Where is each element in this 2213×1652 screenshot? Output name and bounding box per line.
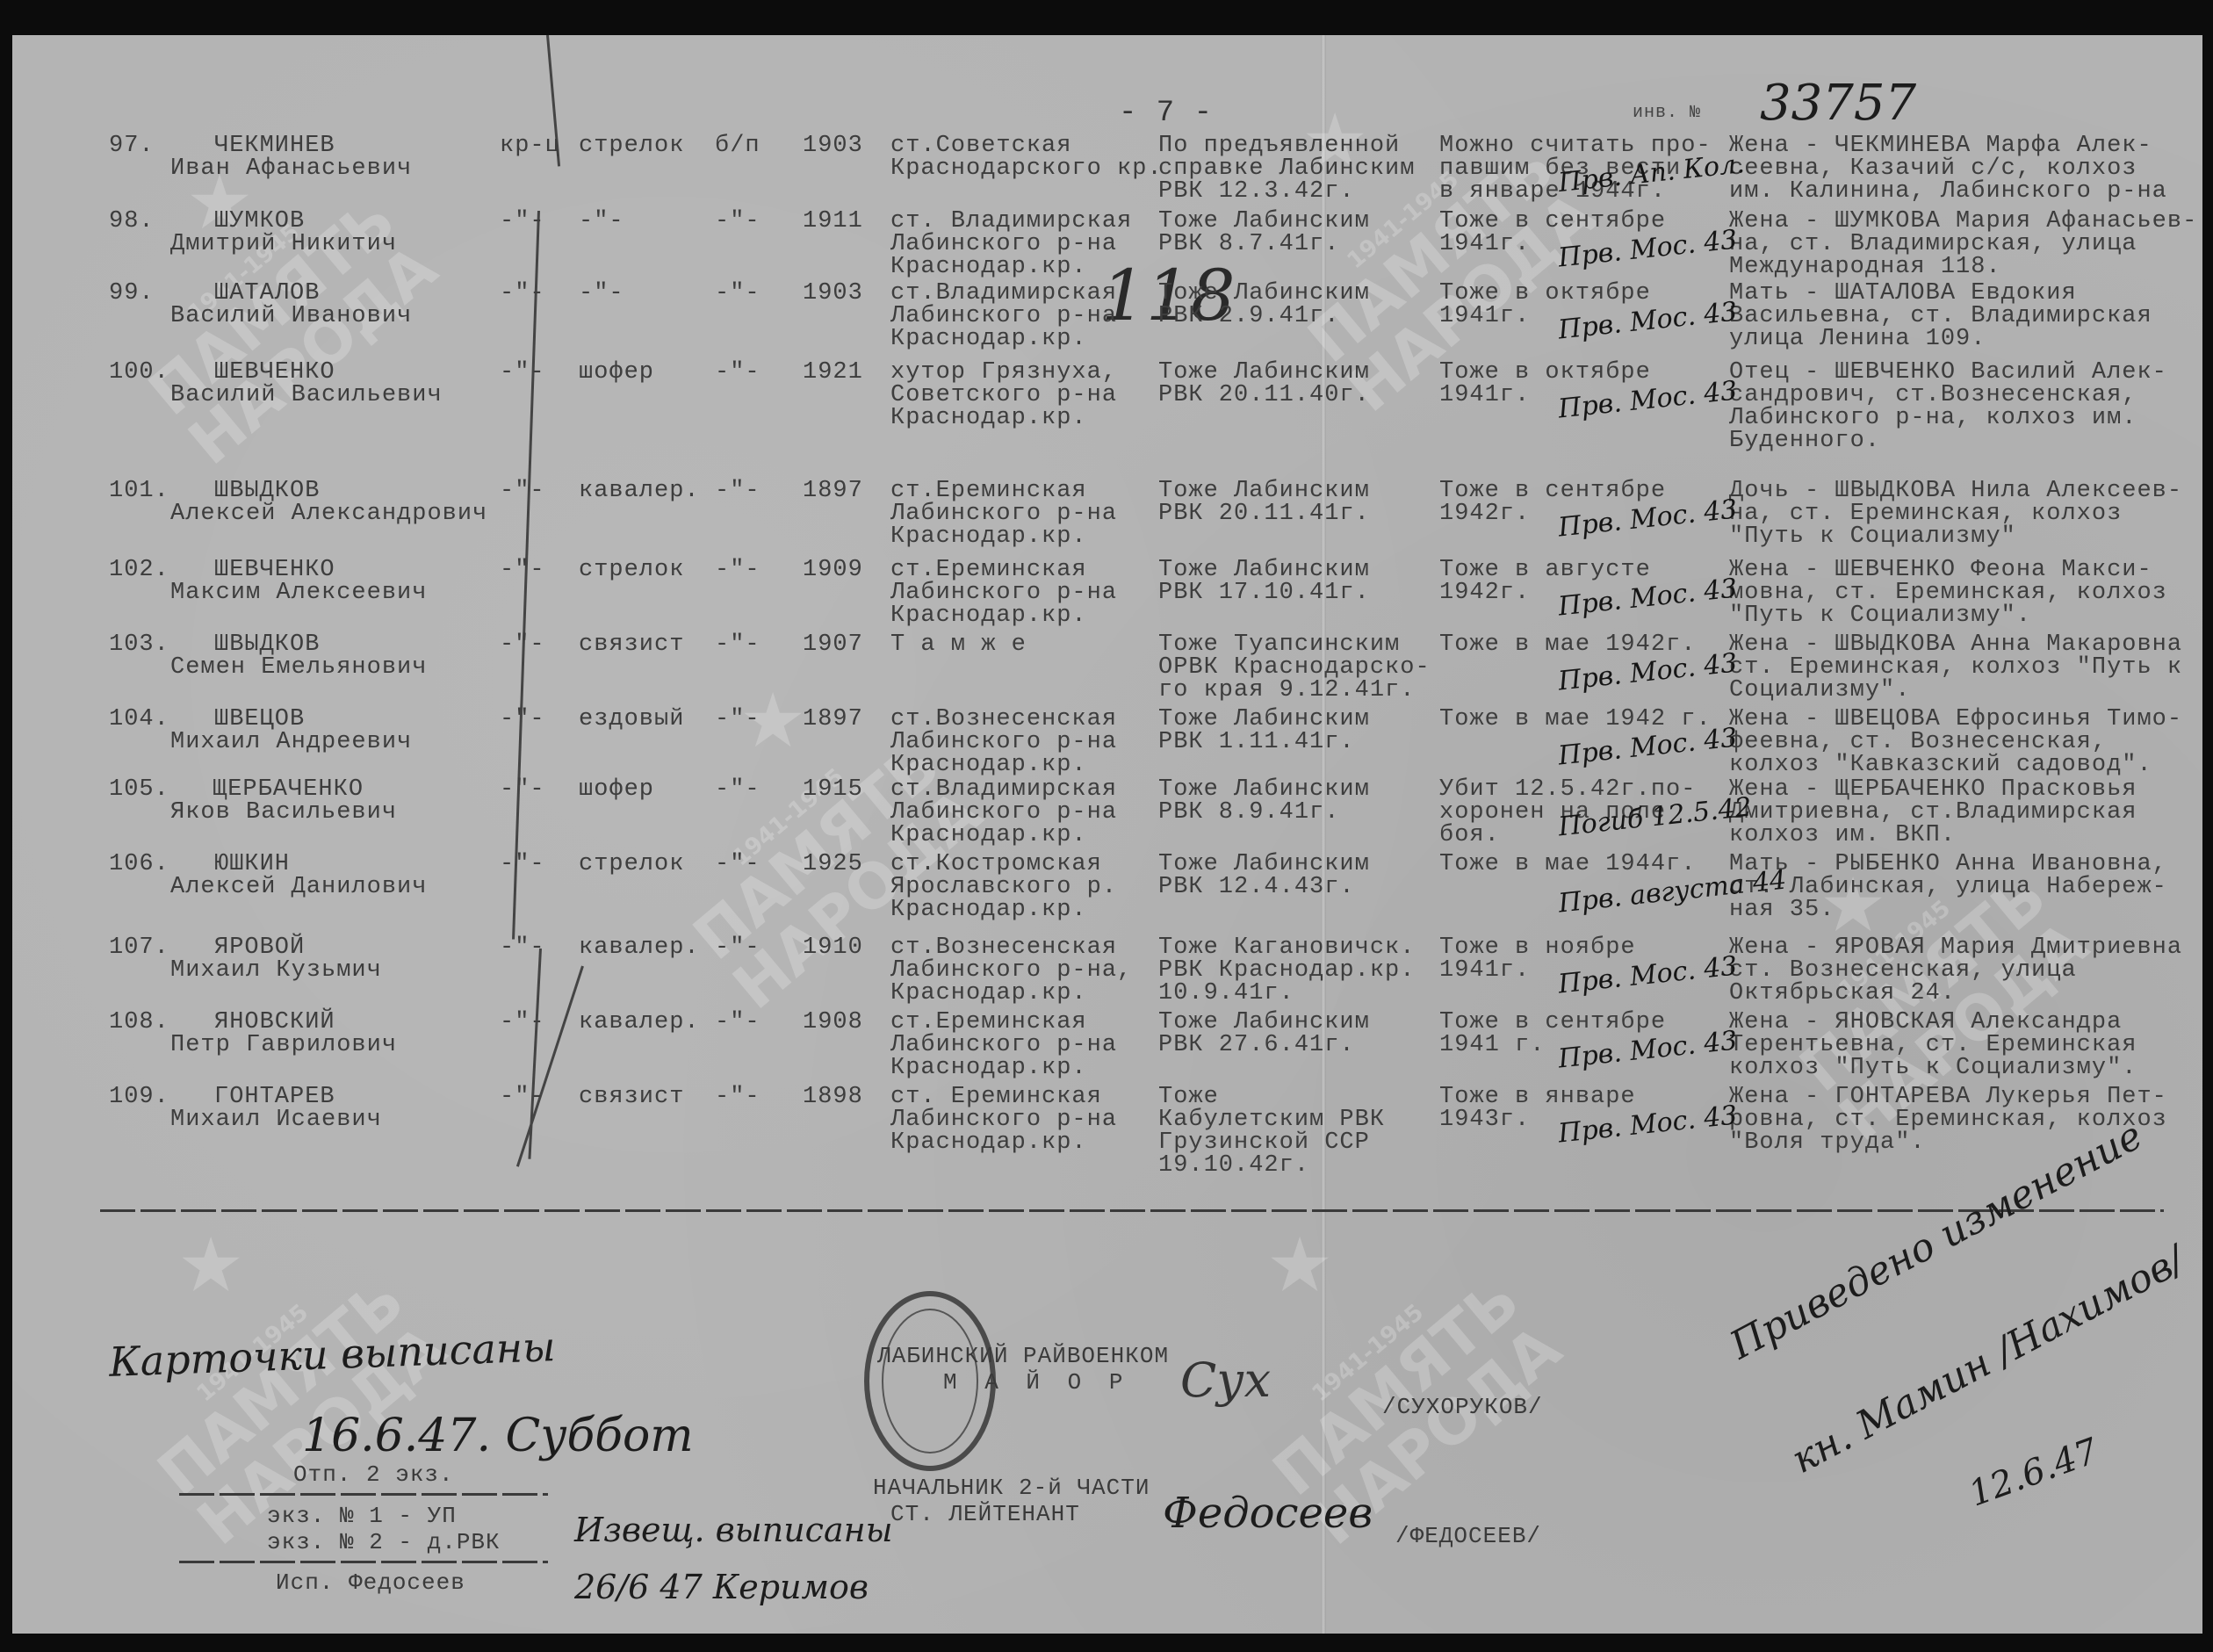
- specialty: -"-: [579, 209, 624, 234]
- birthplace-line: ст.Вознесенская: [890, 935, 1117, 960]
- rank: -"-: [500, 632, 545, 657]
- archive-label: инв. №: [1633, 101, 1701, 126]
- conscription-line: РВК 12.4.43г.: [1158, 875, 1355, 899]
- next-of-kin-line: Жена - ШУМКОВА Мария Афанасьев-: [1729, 209, 2197, 234]
- conscription-line: 10.9.41г.: [1158, 981, 1294, 1006]
- conscription-line: РВК 20.11.40г.: [1158, 383, 1370, 408]
- conscription-line: Тоже Лабинским: [1158, 1010, 1370, 1035]
- specialty-note: -"-: [715, 558, 760, 582]
- next-of-kin-line: улица Ленина 109.: [1729, 327, 1986, 351]
- row-number: 101.: [109, 479, 169, 503]
- fate-line: Тоже в мае 1942 г.: [1439, 707, 1712, 732]
- fate-line: 1941г.: [1439, 958, 1530, 983]
- birthplace-line: Т а м ж е: [890, 632, 1027, 657]
- row-number: 100.: [109, 360, 169, 385]
- birth-year: 1897: [803, 707, 863, 732]
- soldier-given-names: Михаил Кузьмич: [170, 958, 382, 983]
- rank: -"-: [500, 360, 545, 385]
- rank: -"-: [500, 935, 545, 960]
- check-mark-icon: [516, 966, 584, 1167]
- specialty-note: -"-: [715, 479, 760, 503]
- rank: -"-: [500, 777, 545, 802]
- soldier-given-names: Петр Гаврилович: [170, 1033, 397, 1057]
- conscription-line: По предъявленной: [1158, 133, 1400, 158]
- birthplace-line: Лабинского р-на,: [890, 958, 1132, 983]
- conscription-line: Тоже Лабинским: [1158, 360, 1370, 385]
- birthplace-line: Краснодарского кр.: [890, 156, 1163, 181]
- soldier-given-names: Михаил Исаевич: [170, 1107, 382, 1132]
- next-of-kin-line: Отец - ШЕВЧЕНКО Василий Алек-: [1729, 360, 2167, 385]
- row-number: 106.: [109, 852, 169, 876]
- specialty-note: -"-: [715, 777, 760, 802]
- birth-year: 1910: [803, 935, 863, 960]
- conscription-line: РВК 20.11.41г.: [1158, 501, 1370, 526]
- next-of-kin-line: Буденного.: [1729, 429, 1880, 453]
- next-of-kin-line: Мать - РЫБЕНКО Анна Ивановна,: [1729, 852, 2167, 876]
- copies-rule-top: [179, 1493, 548, 1496]
- stamp-rank: М А Й О Р: [943, 1370, 1129, 1395]
- conscription-line: Тоже: [1158, 1085, 1219, 1109]
- specialty: стрелок: [579, 133, 684, 158]
- next-of-kin-line: Терентьевна, ст. Ереминская: [1729, 1033, 2137, 1057]
- conscription-line: РВК 2.9.41г.: [1158, 304, 1339, 328]
- birthplace-line: ст.Владимирская: [890, 281, 1117, 306]
- next-of-kin-line: ная 35.: [1729, 898, 1835, 922]
- fate-line: Тоже в ноябре: [1439, 935, 1636, 960]
- next-of-kin-line: Мать - ШАТАЛОВА Евдокия: [1729, 281, 2077, 306]
- specialty: стрелок: [579, 852, 684, 876]
- fate-line: Тоже в октябре: [1439, 360, 1651, 385]
- next-of-kin-line: Дмитриевна, ст.Владимирская: [1729, 800, 2137, 825]
- chief-title: НАЧАЛЬНИК 2-й ЧАСТИ: [873, 1475, 1150, 1500]
- rank: -"-: [500, 852, 545, 876]
- soldier-surname: ШВЫДКОВ: [214, 632, 320, 657]
- rank: кр-ц: [500, 133, 560, 158]
- conscription-line: Тоже Кагановичск.: [1158, 935, 1415, 960]
- specialty: кавалер.: [579, 1010, 700, 1035]
- conscription-line: Тоже Лабинским: [1158, 209, 1370, 234]
- commissar-name: /СУХОРУКОВ/: [1382, 1395, 1543, 1419]
- specialty: стрелок: [579, 558, 684, 582]
- birthplace-line: ст.Вознесенская: [890, 707, 1117, 732]
- signature-chief: Федосеев: [1163, 1489, 1373, 1538]
- birthplace-line: Краснодар.кр.: [890, 255, 1087, 279]
- row-number: 107.: [109, 935, 169, 960]
- soldier-given-names: Иван Афанасьевич: [170, 156, 412, 181]
- soldier-surname: ШЕВЧЕНКО: [214, 558, 335, 582]
- conscription-line: РВК Краснодар.кр.: [1158, 958, 1415, 983]
- next-of-kin-line: Жена - ШЕВЧЕНКО Феона Макси-: [1729, 558, 2152, 582]
- soldier-surname: ШВЫДКОВ: [214, 479, 320, 503]
- next-of-kin-line: мовна, ст. Ереминская, колхоз: [1729, 581, 2167, 605]
- table-bottom-rule: [100, 1209, 2164, 1212]
- next-of-kin-line: "Путь к Социализму": [1729, 524, 2016, 549]
- conscription-line: ОРВК Краснодарско-: [1158, 655, 1431, 680]
- fate-line: Тоже в августе: [1439, 558, 1651, 582]
- rank: -"-: [500, 209, 545, 234]
- next-of-kin-line: Дочь - ШВЫДКОВА Нила Алексеев-: [1729, 479, 2182, 503]
- watermark-star-icon: ★: [1268, 1212, 1331, 1317]
- specialty-note: б/п: [715, 133, 760, 158]
- birth-year: 1903: [803, 281, 863, 306]
- soldier-surname: ШАТАЛОВ: [214, 281, 320, 306]
- conscription-line: РВК 27.6.41г.: [1158, 1033, 1355, 1057]
- soldier-surname: ЯНОВСКИЙ: [214, 1010, 335, 1035]
- birthplace-line: Лабинского р-на: [890, 1033, 1117, 1057]
- copies-line-1: экз. № 1 - УП: [267, 1504, 457, 1528]
- conscription-line: РВК 1.11.41г.: [1158, 730, 1355, 754]
- signature-commissar: Сух: [1180, 1353, 1271, 1408]
- soldier-given-names: Максим Алексеевич: [170, 581, 427, 605]
- next-of-kin-line: колхоз им. ВКП.: [1729, 823, 1956, 848]
- birthplace-line: Краснодар.кр.: [890, 1130, 1087, 1155]
- specialty: кавалер.: [579, 935, 700, 960]
- soldier-given-names: Яков Васильевич: [170, 800, 397, 825]
- row-number: 99.: [109, 281, 155, 306]
- birthplace-line: Краснодар.кр.: [890, 753, 1087, 777]
- birthplace-line: Краснодар.кр.: [890, 898, 1087, 922]
- conscription-line: РВК 17.10.41г.: [1158, 581, 1370, 605]
- chief-rank: СТ. ЛЕЙТЕНАНТ: [890, 1502, 1080, 1526]
- birthplace-line: Советского р-на: [890, 383, 1117, 408]
- fate-line: Тоже в мае 1944г.: [1439, 852, 1696, 876]
- copies-rule-bottom: [179, 1561, 548, 1563]
- next-of-kin-line: колхоз "Путь к Социализму".: [1729, 1056, 2137, 1080]
- rank: -"-: [500, 479, 545, 503]
- handwritten-note-notices: Извещ. выписаны: [574, 1511, 893, 1549]
- birth-year: 1925: [803, 852, 863, 876]
- specialty: шофер: [579, 777, 654, 802]
- fate-line: Тоже в сентябре: [1439, 1010, 1666, 1035]
- conscription-line: Кабулетским РВК: [1158, 1107, 1385, 1132]
- rank: -"-: [500, 707, 545, 732]
- soldier-surname: ЮШКИН: [214, 852, 290, 876]
- birth-year: 1908: [803, 1010, 863, 1035]
- specialty-note: -"-: [715, 707, 760, 732]
- fate-line: Можно считать про-: [1439, 133, 1712, 158]
- conscription-line: Грузинской ССР: [1158, 1130, 1370, 1155]
- birthplace-line: Лабинского р-на: [890, 232, 1117, 256]
- row-number: 97.: [109, 133, 155, 158]
- handwritten-date-notices: 26/6 47 Керимов: [574, 1568, 869, 1606]
- next-of-kin-line: сандрович, ст.Вознесенская,: [1729, 383, 2137, 408]
- birthplace-line: Краснодар.кр.: [890, 524, 1087, 549]
- soldier-given-names: Дмитрий Никитич: [170, 232, 397, 256]
- specialty-note: -"-: [715, 1085, 760, 1109]
- rank: -"-: [500, 1010, 545, 1035]
- fate-line: 1941 г.: [1439, 1033, 1545, 1057]
- conscription-line: Тоже Лабинским: [1158, 479, 1370, 503]
- next-of-kin-line: Жена - ЯРОВАЯ Мария Дмитриевна: [1729, 935, 2182, 960]
- next-of-kin-line: Жена - ЧЕКМИНЕВА Марфа Алек-: [1729, 133, 2152, 158]
- fate-line: 1942г.: [1439, 581, 1530, 605]
- conscription-line: РВК 8.7.41г.: [1158, 232, 1339, 256]
- fate-line: 1941г.: [1439, 304, 1530, 328]
- soldier-given-names: Михаил Андреевич: [170, 730, 412, 754]
- conscription-line: Тоже Лабинским: [1158, 281, 1370, 306]
- birthplace-line: ст.Костромская: [890, 852, 1102, 876]
- next-of-kin-line: "Путь к Социализму".: [1729, 603, 2031, 628]
- next-of-kin-line: ст. Вознесенская, улица: [1729, 958, 2077, 983]
- conscription-line: РВК 8.9.41г.: [1158, 800, 1339, 825]
- watermark-star-icon: ★: [179, 1212, 242, 1317]
- soldier-given-names: Василий Иванович: [170, 304, 412, 328]
- specialty: ездовый: [579, 707, 684, 732]
- rank: -"-: [500, 1085, 545, 1109]
- birthplace-line: Лабинского р-на: [890, 1107, 1117, 1132]
- copies-line-2: экз. № 2 - д.РВК: [267, 1530, 501, 1555]
- birthplace-line: Краснодар.кр.: [890, 823, 1087, 848]
- birthplace-line: ст.Владимирская: [890, 777, 1117, 802]
- handwritten-note-cards: Карточки выписаны: [108, 1323, 556, 1386]
- conscription-line: Тоже Лабинским: [1158, 777, 1370, 802]
- next-of-kin-line: Жена - ГОНТАРЕВА Лукерья Пет-: [1729, 1085, 2167, 1109]
- rank: -"-: [500, 281, 545, 306]
- chief-name: /ФЕДОСЕЕВ/: [1395, 1524, 1541, 1548]
- fate-line: Тоже в сентябре: [1439, 209, 1666, 234]
- birthplace-line: Лабинского р-на: [890, 501, 1117, 526]
- birth-year: 1903: [803, 133, 863, 158]
- birthplace-line: ст. Ереминская: [890, 1085, 1102, 1109]
- executor: Исп. Федосеев: [276, 1570, 465, 1595]
- next-of-kin-line: ст. Ереминская, колхоз "Путь к: [1729, 655, 2182, 680]
- fate-line: Тоже в январе: [1439, 1085, 1636, 1109]
- birthplace-line: Краснодар.кр.: [890, 406, 1087, 430]
- row-number: 105.: [109, 777, 169, 802]
- birthplace-line: ст.Ереминская: [890, 558, 1087, 582]
- birthplace-line: ст.Советская: [890, 133, 1071, 158]
- conscription-line: Тоже Туапсинским: [1158, 632, 1400, 657]
- next-of-kin-line: Васильевна, ст. Владимирская: [1729, 304, 2152, 328]
- birthplace-line: хутор Грязнуха,: [890, 360, 1117, 385]
- conscription-line: Тоже Лабинским: [1158, 707, 1370, 732]
- birthplace-line: Краснодар.кр.: [890, 1056, 1087, 1080]
- specialty: связист: [579, 632, 684, 657]
- conscription-line: Тоже Лабинским: [1158, 558, 1370, 582]
- conscription-line: го края 9.12.41г.: [1158, 678, 1415, 703]
- fate-line: 1941г.: [1439, 232, 1530, 256]
- birthplace-line: Краснодар.кр.: [890, 981, 1087, 1006]
- fate-line: боя.: [1439, 823, 1500, 848]
- soldier-surname: ЩЕРБАЧЕНКО: [213, 777, 364, 802]
- next-of-kin-line: колхоз "Кавказский садовод".: [1729, 753, 2152, 777]
- handwritten-date-cards: 16.6.47. Суббот: [302, 1410, 694, 1462]
- specialty: -"-: [579, 281, 624, 306]
- next-of-kin-line: Жена - ШВЫДКОВА Анна Макаровна: [1729, 632, 2182, 657]
- next-of-kin-line: сеевна, Казачий с/с, колхоз: [1729, 156, 2137, 181]
- birth-year: 1911: [803, 209, 863, 234]
- next-of-kin-line: Лабинского р-на, колхоз им.: [1729, 406, 2137, 430]
- specialty: связист: [579, 1085, 684, 1109]
- soldier-surname: ГОНТАРЕВ: [214, 1085, 335, 1109]
- specialty-note: -"-: [715, 209, 760, 234]
- next-of-kin-line: Жена - ШВЕЦОВА Ефросинья Тимо-: [1729, 707, 2182, 732]
- birth-year: 1921: [803, 360, 863, 385]
- fate-line: Убит 12.5.42г.по-: [1439, 777, 1696, 802]
- next-of-kin-line: Международная 118.: [1729, 255, 2001, 279]
- specialty: шофер: [579, 360, 654, 385]
- copies-header: Отп. 2 экз.: [293, 1462, 454, 1487]
- soldier-given-names: Семен Емельянович: [170, 655, 427, 680]
- row-number: 103.: [109, 632, 169, 657]
- soldier-surname: ШВЕЦОВ: [214, 707, 305, 732]
- soldier-surname: ШУМКОВ: [214, 209, 305, 234]
- birthplace-line: Лабинского р-на: [890, 304, 1117, 328]
- soldier-given-names: Алексей Данилович: [170, 875, 427, 899]
- birthplace-line: ст.Ереминская: [890, 479, 1087, 503]
- archive-number: 33757: [1760, 75, 1916, 132]
- fate-line: 1941г.: [1439, 383, 1530, 408]
- birthplace-line: Лабинского р-на: [890, 730, 1117, 754]
- stamp-title: ЛАБИНСКИЙ РАЙВОЕНКОМ: [877, 1344, 1169, 1368]
- birth-year: 1898: [803, 1085, 863, 1109]
- birth-year: 1915: [803, 777, 863, 802]
- fate-line: 1943г.: [1439, 1107, 1530, 1132]
- birthplace-line: ст.Ереминская: [890, 1010, 1087, 1035]
- next-of-kin-line: Жена - ЯНОВСКАЯ Александра: [1729, 1010, 2122, 1035]
- soldier-surname: ЯРОВОЙ: [214, 935, 305, 960]
- conscription-line: РВК 12.3.42г.: [1158, 179, 1355, 204]
- specialty-note: -"-: [715, 281, 760, 306]
- handwritten-correction-date: 12.6.47: [1964, 1431, 2103, 1514]
- next-of-kin-line: Жена - ЩЕРБАЧЕНКО Прасковья: [1729, 777, 2137, 802]
- fate-line: Тоже в сентябре: [1439, 479, 1666, 503]
- row-number: 109.: [109, 1085, 169, 1109]
- birth-year: 1909: [803, 558, 863, 582]
- next-of-kin-line: ст. Лабинская, улица Набереж-: [1729, 875, 2167, 899]
- fate-line: Тоже в октябре: [1439, 281, 1651, 306]
- birth-year: 1907: [803, 632, 863, 657]
- next-of-kin-line: феевна, ст. Вознесенская,: [1729, 730, 2107, 754]
- rank: -"-: [500, 558, 545, 582]
- page-number: - 7 -: [1119, 101, 1213, 126]
- birthplace-line: Ярославского р.: [890, 875, 1117, 899]
- specialty: кавалер.: [579, 479, 700, 503]
- soldier-surname: ШЕВЧЕНКО: [214, 360, 335, 385]
- next-of-kin-line: Октябрьская 24.: [1729, 981, 1956, 1006]
- row-number: 98.: [109, 209, 155, 234]
- specialty-note: -"-: [715, 852, 760, 876]
- next-of-kin-line: на, ст. Ереминская, колхоз: [1729, 501, 2122, 526]
- document-page: ★ 1941-1945ПАМЯТЬНАРОДА ★ 1941-1945ПАМЯТ…: [12, 35, 2202, 1634]
- next-of-kin-line: "Воля труда".: [1729, 1130, 1926, 1155]
- next-of-kin-line: им. Калинина, Лабинского р-на: [1729, 179, 2167, 204]
- conscription-line: справке Лабинским: [1158, 156, 1415, 181]
- row-number: 104.: [109, 707, 169, 732]
- row-number: 108.: [109, 1010, 169, 1035]
- birthplace-line: Лабинского р-на: [890, 800, 1117, 825]
- specialty-note: -"-: [715, 360, 760, 385]
- birthplace-line: Краснодар.кр.: [890, 327, 1087, 351]
- conscription-line: 19.10.42г.: [1158, 1153, 1309, 1178]
- specialty-note: -"-: [715, 632, 760, 657]
- row-number: 102.: [109, 558, 169, 582]
- soldier-given-names: Алексей Александрович: [170, 501, 487, 526]
- specialty-note: -"-: [715, 1010, 760, 1035]
- next-of-kin-line: на, ст. Владимирская, улица: [1729, 232, 2137, 256]
- fate-line: 1942г.: [1439, 501, 1530, 526]
- soldier-given-names: Василий Васильевич: [170, 383, 443, 408]
- birthplace-line: Краснодар.кр.: [890, 603, 1087, 628]
- birth-year: 1897: [803, 479, 863, 503]
- next-of-kin-line: Социализму".: [1729, 678, 1910, 703]
- specialty-note: -"-: [715, 935, 760, 960]
- birthplace-line: ст. Владимирская: [890, 209, 1132, 234]
- conscription-line: Тоже Лабинским: [1158, 852, 1370, 876]
- soldier-surname: ЧЕКМИНЕВ: [214, 133, 335, 158]
- birthplace-line: Лабинского р-на: [890, 581, 1117, 605]
- fate-line: Тоже в мае 1942г.: [1439, 632, 1696, 657]
